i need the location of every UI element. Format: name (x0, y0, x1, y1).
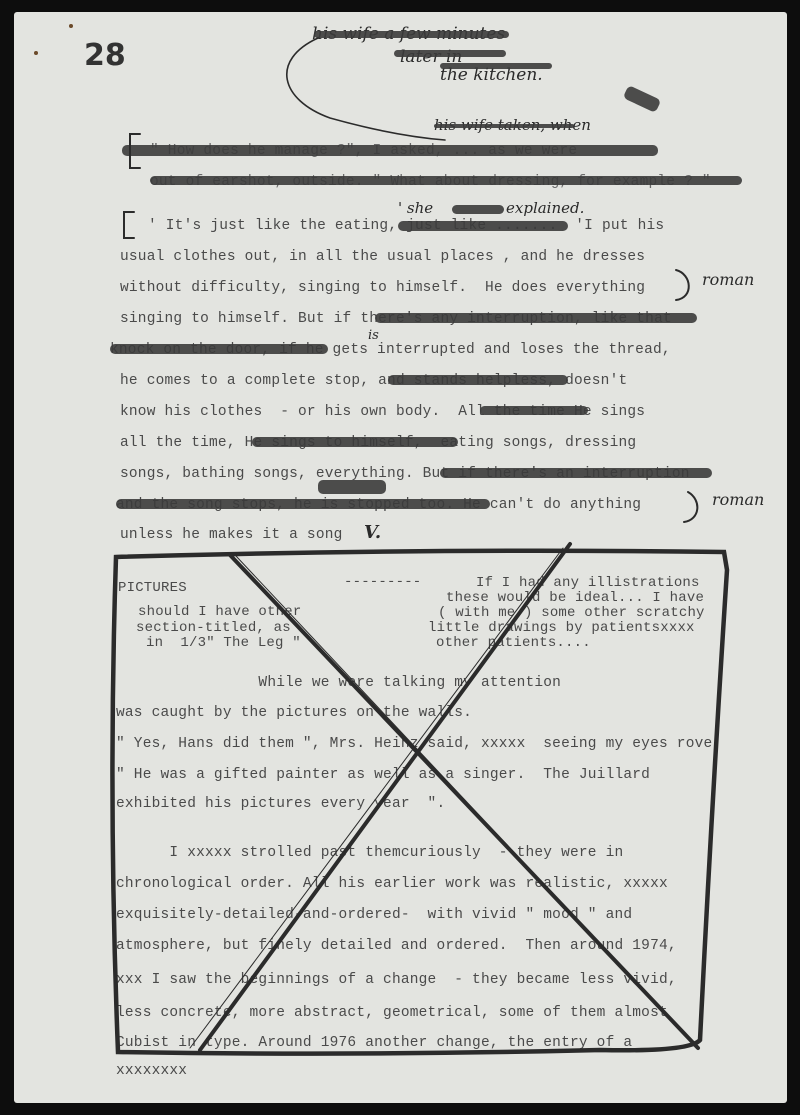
crossout-diagonal-2 (200, 544, 570, 1050)
pen-markup-layer (0, 0, 800, 1115)
insertion-curve (287, 38, 445, 140)
crossout-box (112, 551, 727, 1054)
